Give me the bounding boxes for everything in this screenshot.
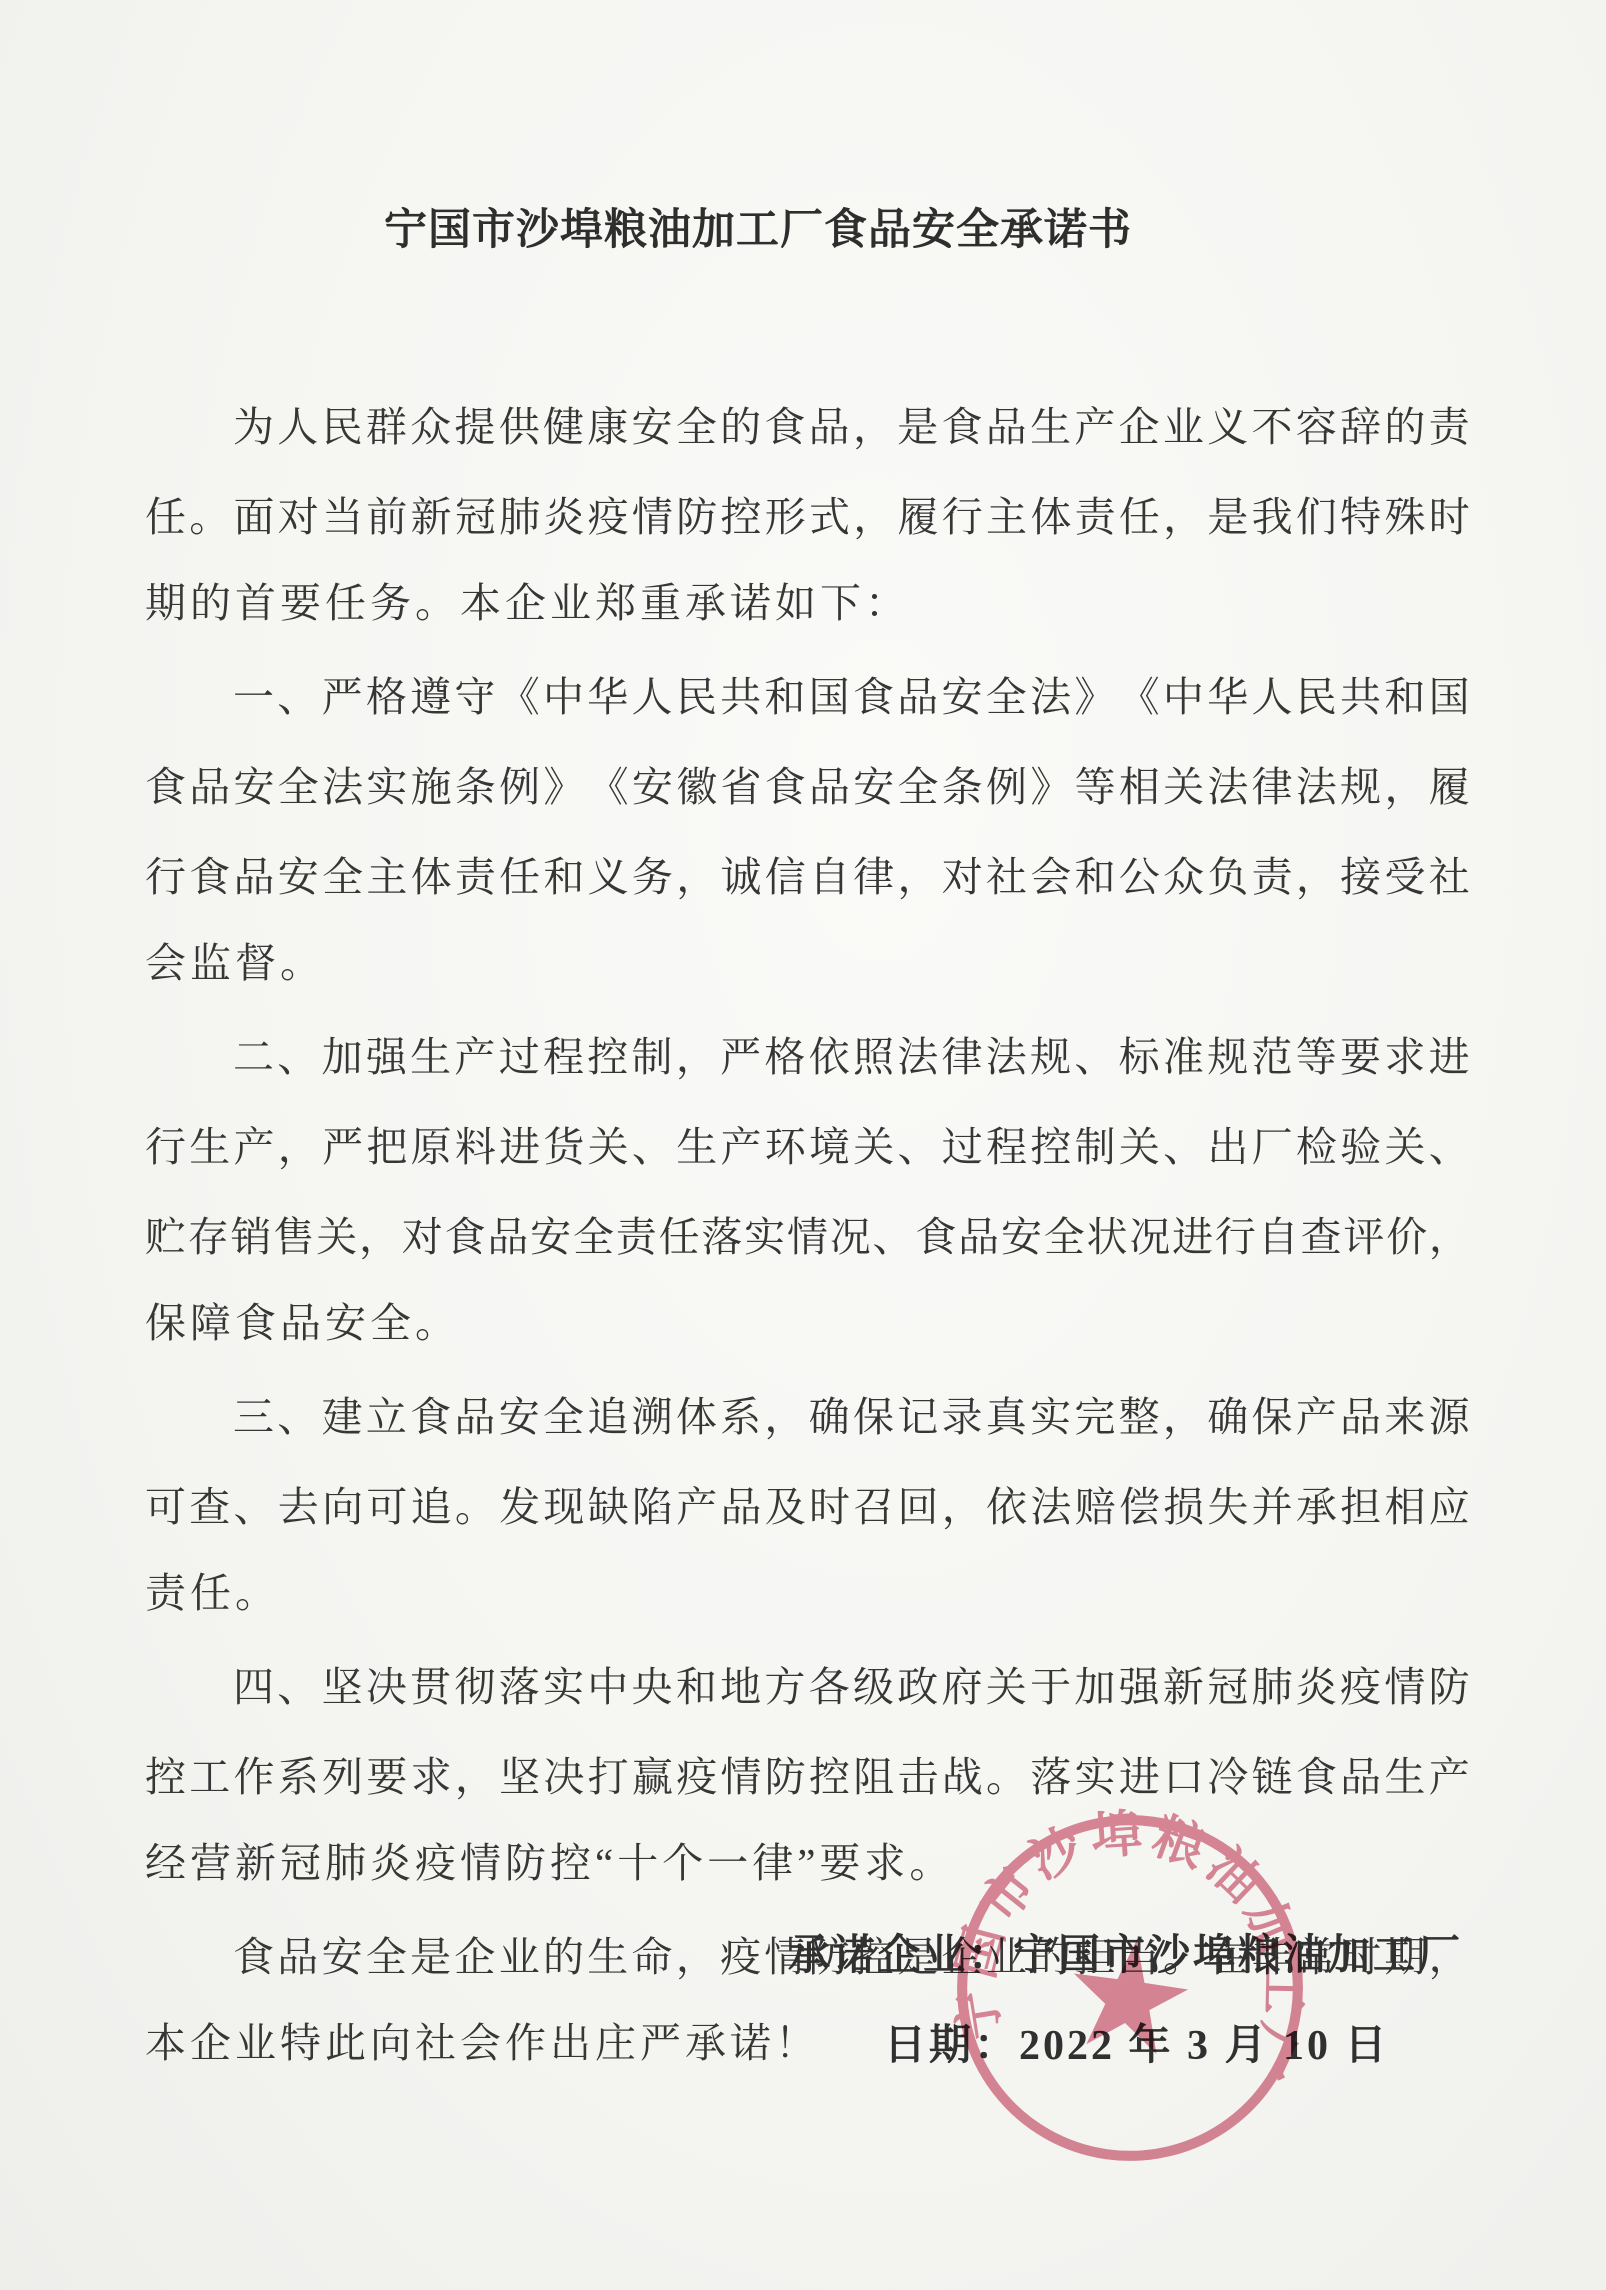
document-line: 食品安全法实施条例》《安徽省食品安全条例》等相关法律法规，履 [145, 738, 1470, 828]
document-line: 期的首要任务。本企业郑重承诺如下： [145, 558, 1470, 648]
document-line: 责任。 [145, 1548, 1470, 1638]
document-line: 贮存销售关，对食品安全责任落实情况、食品安全状况进行自查评价， [145, 1188, 1470, 1278]
document-line: 控工作系列要求，坚决打赢疫情防控阻击战。落实进口冷链食品生产 [145, 1728, 1470, 1818]
document-line: 行生产，严把原料进货关、生产环境关、过程控制关、出厂检验关、 [145, 1098, 1470, 1188]
seal-star-icon [1064, 1932, 1193, 2057]
document-line: 四、坚决贯彻落实中央和地方各级政府关于加强新冠肺炎疫情防 [145, 1638, 1470, 1728]
document-line: 一、严格遵守《中华人民共和国食品安全法》《中华人民共和国 [145, 648, 1470, 738]
document-title: 宁国市沙埠粮油加工厂食品安全承诺书 [0, 196, 1516, 257]
document-line: 为人民群众提供健康安全的食品，是食品生产企业义不容辞的责 [145, 378, 1470, 468]
document-line: 三、建立食品安全追溯体系，确保记录真实完整，确保产品来源 [145, 1368, 1470, 1458]
document-line: 任。面对当前新冠肺炎疫情防控形式，履行主体责任，是我们特殊时 [145, 468, 1470, 558]
seal-arc-text: 宁国市沙埠粮油加工厂 [937, 1782, 1336, 2093]
document-line: 会监督。 [145, 918, 1470, 1008]
document-line: 保障食品安全。 [145, 1278, 1470, 1368]
company-seal-stamp: 宁国市沙埠粮油加工厂 [924, 1782, 1335, 2193]
document-page: 宁国市沙埠粮油加工厂食品安全承诺书 为人民群众提供健康安全的食品，是食品生产企业… [0, 0, 1606, 2290]
document-line: 二、加强生产过程控制，严格依照法律法规、标准规范等要求进 [145, 1008, 1470, 1098]
document-line: 行食品安全主体责任和义务，诚信自律，对社会和公众负责，接受社 [145, 828, 1470, 918]
document-line: 可查、去向可追。发现缺陷产品及时召回，依法赔偿损失并承担相应 [145, 1458, 1470, 1548]
